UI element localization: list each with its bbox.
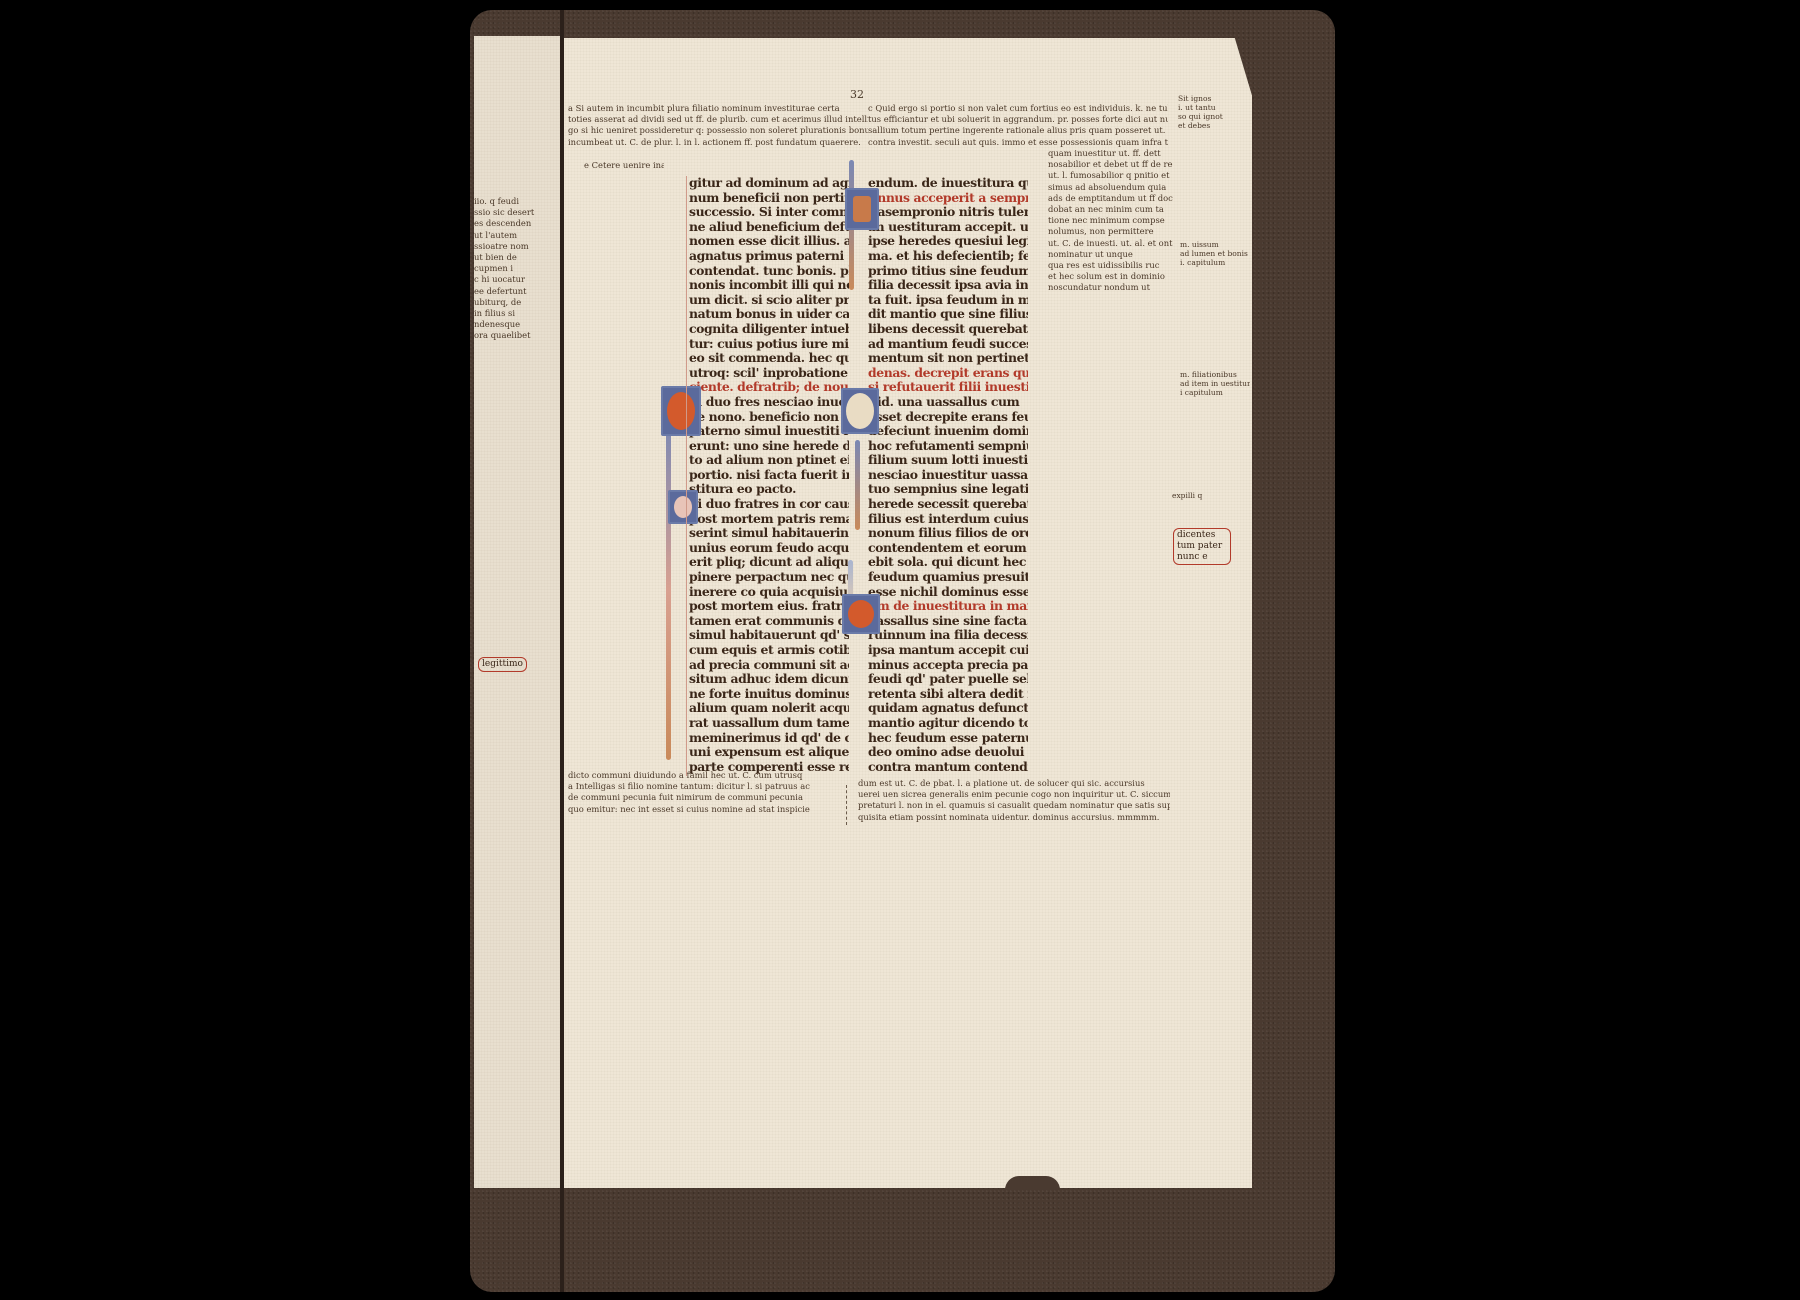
initial-u-stem: [855, 440, 860, 530]
page-bottom-notch: [1005, 1176, 1060, 1190]
gloss-bottom-left: dicto communi diuidundo a famil hec ut. …: [568, 770, 858, 815]
margin-note-small: expilli q: [1172, 490, 1212, 501]
initial-s-stem: [666, 420, 671, 760]
left-page-text: iio. q feudi ssio sic desert es descende…: [474, 196, 560, 342]
gloss-top-right: c Quid ergo si portio si non valet cum f…: [868, 103, 1168, 148]
illuminated-initial-v: [842, 594, 880, 634]
book-gutter: [560, 10, 564, 1292]
dashed-bracket: [846, 785, 847, 825]
left-margin-rubric-box: legittimo: [478, 657, 527, 672]
margin-note-right-lower: m. filiationibus ad item in uestitum i c…: [1180, 370, 1250, 397]
red-ruling-line: [686, 176, 687, 776]
margin-note-right-mid: m. uissum ad lumen et bonis i. capitulum: [1180, 240, 1250, 267]
illuminated-initial-s: [661, 386, 701, 436]
gloss-top-left: a Si autem in incumbit plura filiatio no…: [568, 103, 868, 148]
margin-note-top-right: Sit ignos i. ut tantu so qui ignot et de…: [1178, 94, 1248, 130]
main-text-column-a: gitur ad dominum ad agnatos. vo num bene…: [689, 176, 849, 774]
illuminated-initial-a: [845, 188, 879, 230]
illuminated-initial-s-second: [668, 490, 698, 524]
folio-number: 32: [850, 88, 864, 101]
gloss-inner-left: e Cetere uenire ina: [584, 160, 664, 171]
main-text-column-b: endum. de inuestitura quam Annus acceper…: [868, 176, 1028, 774]
illuminated-initial-u-face: [841, 388, 879, 434]
margin-rubric-box-right: dicentes tum pater nunc e: [1173, 528, 1231, 565]
gloss-bottom-right: dum est ut. C. de pbat. l. a platione ut…: [858, 778, 1170, 823]
gloss-right-column: quam inuestitur ut. ff. dett nosabilior …: [1048, 148, 1173, 294]
